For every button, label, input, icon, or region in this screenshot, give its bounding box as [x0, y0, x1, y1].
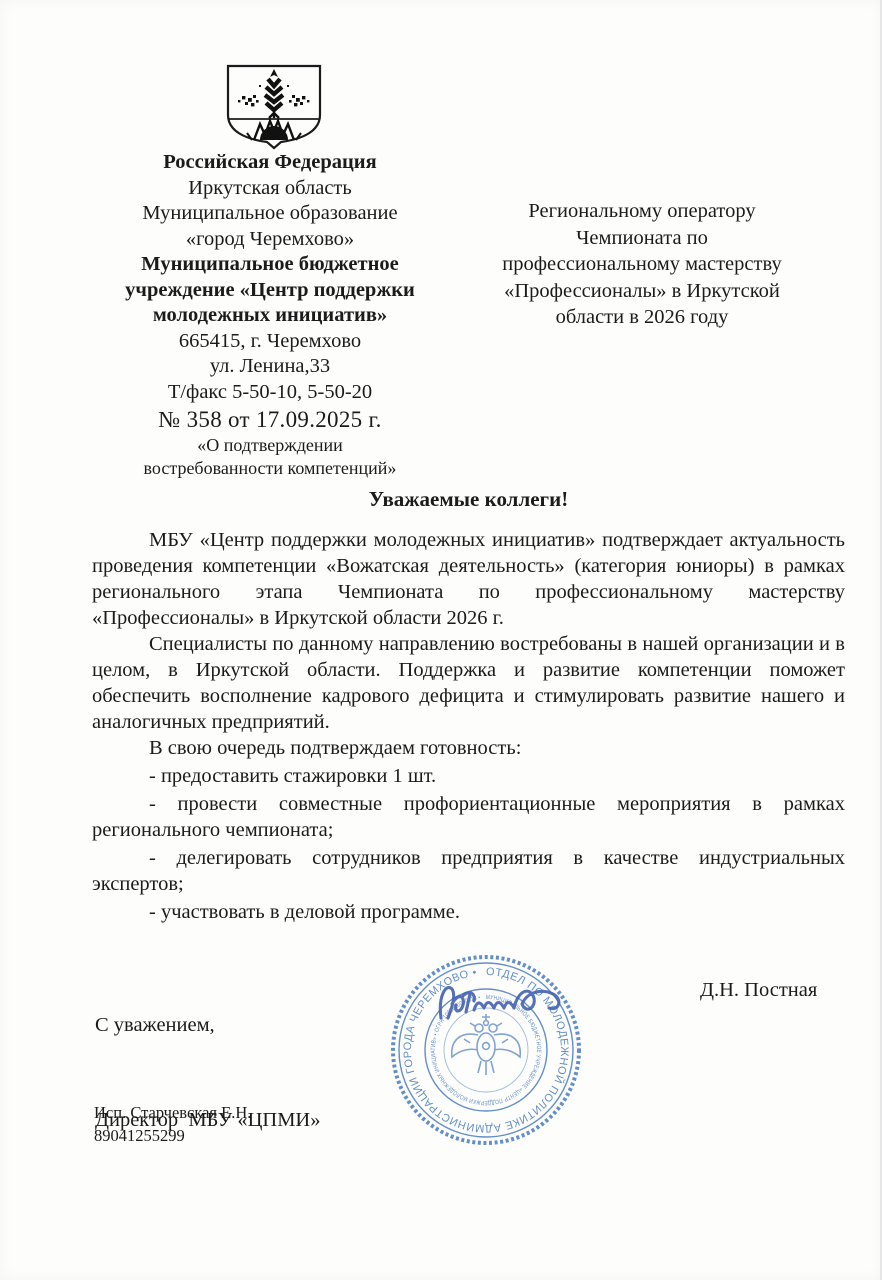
letter-ref-number: № 358 от 17.09.2025 г. [92, 405, 448, 434]
body-paragraph-1: МБУ «Центр поддержки молодежных инициати… [92, 527, 845, 631]
letter-subject-2: востребованности компетенций» [92, 457, 448, 480]
letter-page: Российская Федерация Иркутская область М… [0, 0, 882, 1280]
addressee-line: Чемпионата по [466, 225, 818, 252]
sender-municipality: Муниципальное образование [92, 201, 448, 227]
letter-subject-1: «О подтверждении [92, 434, 448, 457]
official-round-stamp: ОТДЕЛ ПО МОЛОДЕЖНОЙ ПОЛИТИКЕ АДМИНИСТРАЦ… [386, 950, 586, 1150]
sender-region: Иркутская область [92, 176, 448, 202]
sender-country: Российская Федерация [92, 150, 448, 176]
addressee-block: Региональному оператору Чемпионата по пр… [466, 198, 818, 331]
sender-phone-fax: Т/факс 5-50-10, 5-50-20 [92, 380, 448, 406]
sender-street: ул. Ленина,33 [92, 354, 448, 380]
addressee-line: профессиональному мастерству [466, 251, 818, 278]
executor-block: Исп. Старчевская Е.Н. 89041255299 [94, 1101, 251, 1147]
letter-body: МБУ «Центр поддержки молодежных инициати… [92, 527, 845, 925]
addressee-line: Региональному оператору [466, 198, 818, 225]
sender-org-line-1: Муниципальное бюджетное [92, 252, 448, 278]
body-paragraph-3: В свою очередь подтверждаем готовность: [92, 735, 845, 761]
double-headed-eagle-emblem [452, 1014, 521, 1075]
commitment-item: - делегировать сотрудников предприятия в… [92, 845, 845, 897]
addressee-line: области в 2026 году [466, 304, 818, 331]
sender-city: «город Черемхово» [92, 227, 448, 253]
sender-letterhead: Российская Федерация Иркутская область М… [92, 150, 448, 479]
signer-name: Д.Н. Постная [700, 979, 817, 1002]
salutation: Уважаемые коллеги! [92, 487, 845, 512]
cheremkhovo-coat-of-arms-icon [224, 62, 324, 152]
addressee-line: «Профессионалы» в Иркутской [466, 278, 818, 305]
closing-block: С уважением, Директор МБУ «ЦПМИ» [95, 947, 321, 1199]
commitment-item: - предоставить стажировки 1 шт. [92, 763, 845, 789]
commitment-item: - провести совместные профориентационные… [92, 791, 845, 843]
closing-phrase: С уважением, [95, 1010, 321, 1042]
commitment-item: - участвовать в деловой программе. [92, 899, 845, 925]
sender-postal-address: 665415, г. Черемхово [92, 329, 448, 355]
body-paragraph-2: Специалисты по данному направлению востр… [92, 631, 845, 735]
sender-org-line-2: учреждение «Центр поддержки [92, 278, 448, 304]
executor-phone: 89041255299 [94, 1124, 251, 1147]
sender-org-line-3: молодежных инициатив» [92, 303, 448, 329]
executor-name: Исп. Старчевская Е.Н. [94, 1101, 251, 1124]
